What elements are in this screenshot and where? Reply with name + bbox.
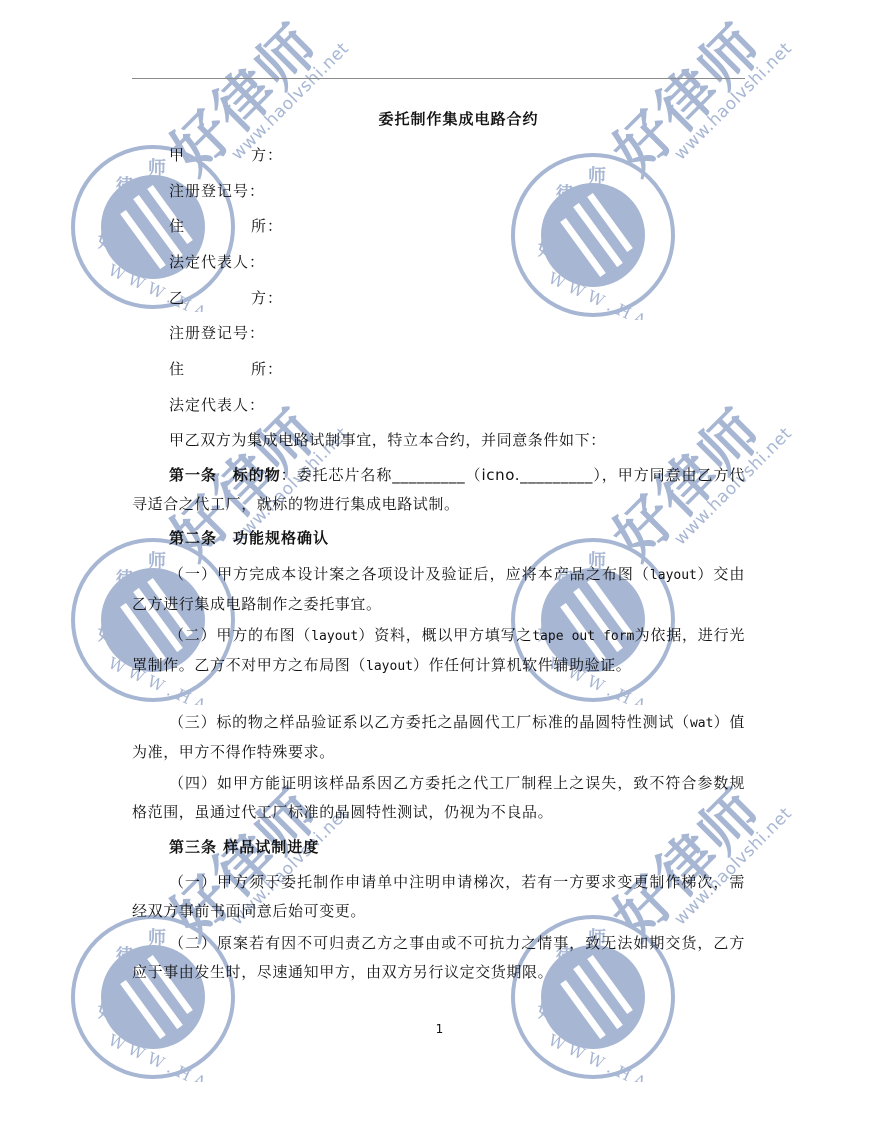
article-3-heading: 第三条 样品试制进度 [169,836,319,857]
article-2-heading: 第二条 功能规格确认 [169,527,329,548]
party-b-representative-field: 法定代表人： [169,394,265,416]
document-page: 好 律 师 W W W . H A O L V 好 律 师 W W W . H … [0,0,877,1124]
article-1-heading: 第一条 标的物 [169,466,281,484]
page-number: 1 [0,1022,877,1036]
article-3-item-1: （一）甲方须于委托制作申请单中注明申请梯次，若有一方要求变更制作梯次，需经双方事… [132,868,745,926]
document-title: 委托制作集成电路合约 [0,108,877,129]
article-1-paragraph: 第一条 标的物：委托芯片名称_________（icno._________），… [132,461,745,519]
intro-paragraph: 甲乙双方为集成电路试制事宜，特立本合约，并同意条件如下： [132,426,745,455]
party-a-registration-field: 注册登记号： [169,180,265,202]
article-2-item-4: （四）如甲方能证明该样品系因乙方委托之代工厂制程上之误失，致不符合参数规格范围，… [132,769,745,827]
party-b-name-field: 乙 方： [169,287,283,309]
party-b-registration-field: 注册登记号： [169,322,265,344]
party-b-address-field: 住 所： [169,358,283,380]
party-a-name-field: 甲 方： [169,144,283,166]
article-3-item-2: （二）原案若有因不可归责乙方之事由或不可抗力之情事，致无法如期交货，乙方应于事由… [132,929,745,987]
header-divider [132,78,745,79]
party-a-representative-field: 法定代表人： [169,251,265,273]
article-2-item-1: （一）甲方完成本设计案之各项设计及验证后，应将本产品之布图（layout）交由乙… [132,560,745,619]
party-a-address-field: 住 所： [169,215,283,237]
article-2-item-3: （三）标的物之样品验证系以乙方委托之晶圆代工厂标准的晶圆特性测试（wat）值为准… [132,708,745,767]
document-content: 委托制作集成电路合约 甲 方： 注册登记号： 住 所： 法定代表人： 乙 方： … [0,0,877,1124]
article-2-item-2: （二）甲方的布图（layout）资料，概以甲方填写之tape out form为… [132,621,745,681]
